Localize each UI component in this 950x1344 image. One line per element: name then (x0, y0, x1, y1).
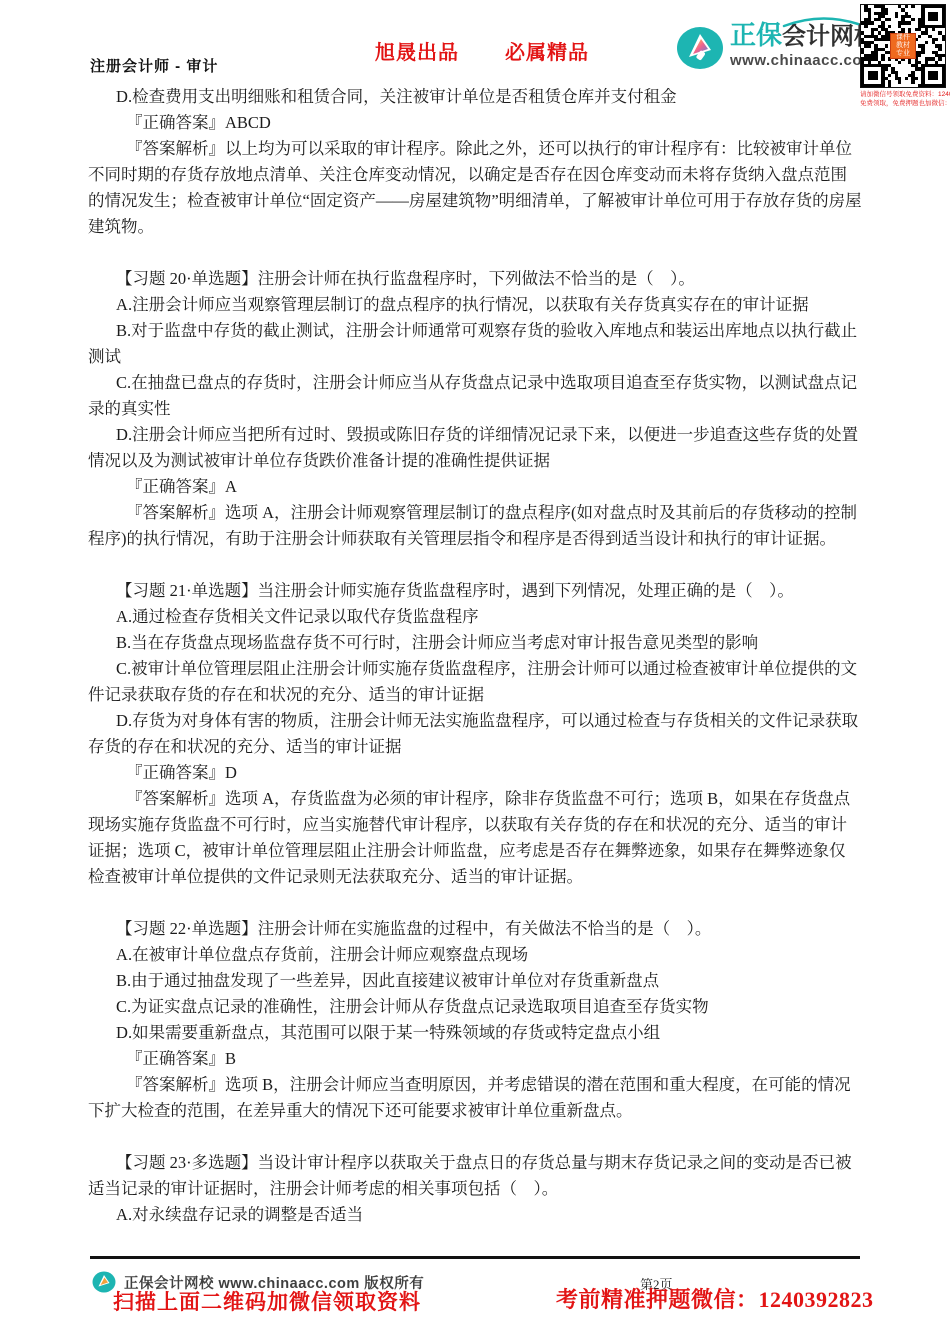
paragraph-analysis: 『答案解析』以上均为可以采取的审计程序。除此之外，还可以执行的审计程序有：比较被… (88, 136, 862, 240)
paragraph-answer: 『正确答案』A (88, 474, 862, 500)
paragraph-question: 【习题 22·单选题】注册会计师在实施监盘的过程中，有关做法不恰当的是（ ）。 (88, 916, 862, 942)
qr-block: 课件 教材 专业 请加微信号领取免费资料：1240392823 免费领取，免费押… (860, 4, 946, 108)
qr-badge-line2: 教材 (891, 42, 915, 50)
qr-caption-line1: 请加微信号领取免费资料：1240392823 (860, 91, 946, 99)
document-page: 旭晟出品 必属精品 正保会计网校 www.chinaacc.com (0, 0, 950, 1344)
paragraph-question: 【习题 23·多选题】当设计审计程序以获取关于盘点日的存货总量与期末存货记录之间… (88, 1150, 862, 1202)
slogan-left: 旭晟出品 (375, 36, 459, 65)
paragraph-answer: 『正确答案』B (88, 1046, 862, 1072)
paragraph-spacer (88, 240, 862, 266)
paragraph-question: 【习题 20·单选题】注册会计师在执行监盘程序时，下列做法不恰当的是（ ）。 (88, 266, 862, 292)
header-slogan: 旭晟出品 必属精品 (375, 36, 589, 65)
footer-scan-tip: 扫描上面二维码加微信领取资料 (113, 1286, 421, 1316)
brand-url: www.chinaacc.com (730, 52, 878, 69)
brand-logo: 正保会计网校 www.chinaacc.com (676, 20, 878, 72)
qr-badge-line3: 专业 (891, 50, 915, 58)
paragraph-analysis: 『答案解析』选项 B，注册会计师应当查明原因，并考虑错误的潜在范围和重大程度，在… (88, 1072, 862, 1124)
paragraph-answer: 『正确答案』ABCD (88, 110, 862, 136)
paragraph-analysis: 『答案解析』选项 A，存货监盘为必须的审计程序，除非存货监盘不可行；选项 B，如… (88, 786, 862, 890)
paragraph-spacer (88, 1124, 862, 1150)
paragraph-option: B.当在存货盘点现场监盘存货不可行时，注册会计师应当考虑对审计报告意见类型的影响 (88, 630, 862, 656)
paragraph-option: A.通过检查存货相关文件记录以取代存货监盘程序 (88, 604, 862, 630)
paragraph-question: 【习题 21·单选题】当注册会计师实施存货监盘程序时，遇到下列情况，处理正确的是… (88, 578, 862, 604)
brand-arc-decoration (782, 16, 860, 28)
qr-caption-line2: 免费领取，免费押题也加微信：1240392823 (860, 100, 946, 108)
brand-logo-icon (676, 24, 724, 72)
paragraph-answer: 『正确答案』D (88, 760, 862, 786)
paragraph-option: A.注册会计师应当观察管理层制订的盘点程序的执行情况，以获取有关存货真实存在的审… (88, 292, 862, 318)
paragraph-option: D.存货为对身体有害的物质，注册会计师无法实施监盘程序，可以通过检查与存货相关的… (88, 708, 862, 760)
brand-name-teal: 正保 (730, 20, 782, 50)
slogan-right: 必属精品 (505, 36, 589, 65)
paragraph-spacer (88, 890, 862, 916)
paragraph-option: A.在被审计单位盘点存货前，注册会计师应观察盘点现场 (88, 942, 862, 968)
page-title: 注册会计师 - 审计 (90, 55, 218, 76)
paragraph-analysis: 『答案解析』选项 A，注册会计师观察管理层制订的盘点程序(如对盘点时及其前后的存… (88, 500, 862, 552)
qr-module (942, 84, 945, 87)
paragraph-option: C.被审计单位管理层阻止注册会计师实施存货监盘程序，注册会计师可以通过检查被审计… (88, 656, 862, 708)
footer-wechat-tip: 考前精准押题微信：1240392823 (556, 1283, 874, 1314)
paragraph-spacer (88, 552, 862, 578)
paragraph-option: C.为证实盘点记录的准确性，注册会计师从存货盘点记录选取项目追查至存货实物 (88, 994, 862, 1020)
paragraph-option: D.检查费用支出明细账和租赁合同，关注被审计单位是否租赁仓库并支付租金 (88, 84, 862, 110)
paragraph-option: A.对永续盘存记录的调整是否适当 (88, 1202, 862, 1228)
brand-text: 正保会计网校 www.chinaacc.com (730, 20, 878, 69)
paragraph-option: B.由于通过抽盘发现了一些差异，因此直接建议被审计单位对存货重新盘点 (88, 968, 862, 994)
paragraph-option: D.如果需要重新盘点，其范围可以限于某一特殊领域的存货或特定盘点小组 (88, 1020, 862, 1046)
paragraph-option: B.对于监盘中存货的截止测试，注册会计师通常可观察存货的验收入库地点和装运出库地… (88, 318, 862, 370)
qr-center-badge: 课件 教材 专业 (890, 33, 916, 59)
document-body: D.检查费用支出明细账和租赁合同，关注被审计单位是否租赁仓库并支付租金『正确答案… (88, 84, 862, 1228)
paragraph-option: D.注册会计师应当把所有过时、毁损或陈旧存货的详细情况记录下来，以便进一步追查这… (88, 422, 862, 474)
qr-badge-line1: 课件 (891, 34, 915, 42)
paragraph-option: C.在抽盘已盘点的存货时，注册会计师应当从存货盘点记录中选取项目追查至存货实物，… (88, 370, 862, 422)
footer-divider (90, 1256, 860, 1259)
qr-code-image: 课件 教材 专业 (860, 4, 946, 88)
